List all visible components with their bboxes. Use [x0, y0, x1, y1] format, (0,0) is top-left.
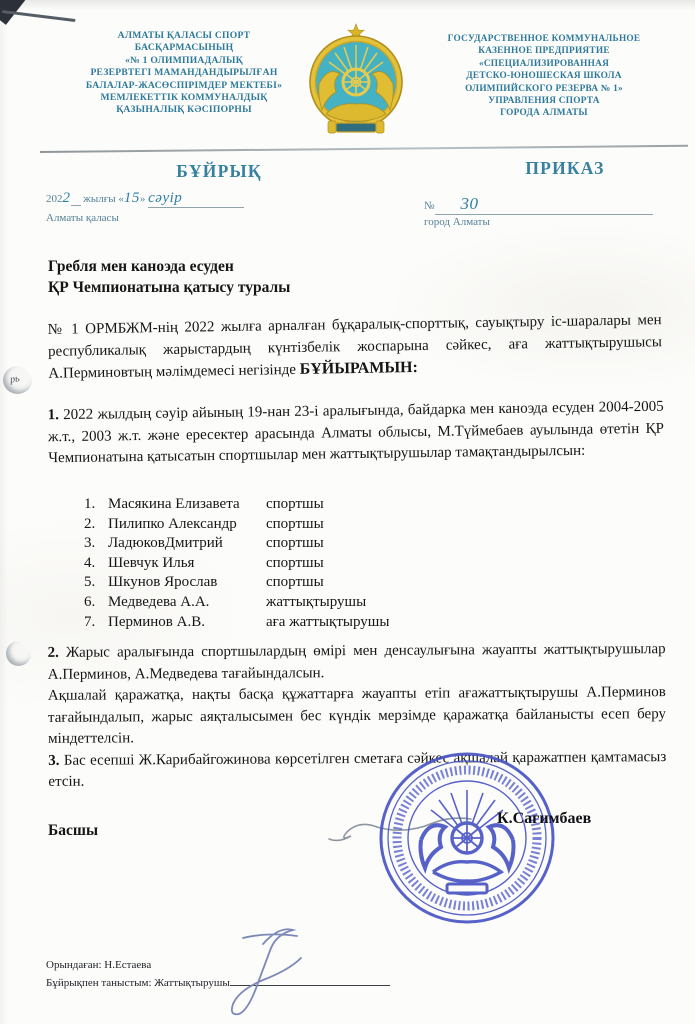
- roster-row: 2.Пилипко Александрспортшы: [84, 516, 389, 536]
- hole-punch-artifact: рь: [3, 366, 32, 394]
- roster-role: жаттықтырушы: [266, 594, 366, 611]
- roster-num: 4.: [84, 555, 108, 572]
- roster-role: спортшы: [266, 516, 324, 533]
- roster-num: 1.: [84, 496, 108, 513]
- date-month-handwritten: сәуір: [148, 190, 182, 206]
- item1-paragraph: 1. 2022 жылдың сәуір айының 19-нан 23-і …: [48, 397, 665, 470]
- hole-punch-artifact: [6, 641, 31, 666]
- scanned-order-document: АЛМАТЫ ҚАЛАСЫ СПОРТ БАСҚАРМАСЫНЫҢ «№ 1 О…: [0, 0, 695, 1024]
- number-sign: №: [424, 200, 435, 212]
- roster-name: Медведева А.А.: [108, 594, 266, 611]
- item2b-paragraph: Ақшалай қаражатқа, нақты басқа құжаттарғ…: [48, 682, 666, 750]
- roster-name: Шевчук Илья: [108, 555, 266, 572]
- number-handwritten: 30: [461, 194, 479, 213]
- subject-block: Гребля мен каноэда есуден ҚР Чемпионатын…: [48, 256, 290, 298]
- item2-number: 2.: [48, 645, 59, 661]
- roster-list: 1.Масякина Елизаветаспортшы 2.Пилипко Ал…: [84, 496, 389, 633]
- date-label: жылғы «: [83, 193, 124, 205]
- number-line: №30: [424, 194, 653, 215]
- org-name-russian: ГОСУДАРСТВЕННОЕ КОММУНАЛЬНОЕ КАЗЕННОЕ ПР…: [398, 33, 690, 120]
- position-label: Басшы: [48, 822, 98, 840]
- roster-role: спортшы: [266, 574, 324, 591]
- org-line: МЕМЛЕКЕТТІК КОММУНАЛДЫҚ: [38, 92, 330, 104]
- roster-row: 5.Шкунов Ярославспортшы: [84, 574, 389, 594]
- roster-name: Масякина Елизавета: [108, 496, 266, 513]
- scan-corner-line-artifact: [2, 10, 76, 22]
- intro-resolve-word: БҰЙЫРАМЫН:: [300, 359, 418, 378]
- date-day-handwritten: 15: [124, 190, 140, 206]
- official-round-stamp: [377, 752, 557, 928]
- show-through-text: рь: [9, 372, 32, 386]
- title-kazakh: БҰЙРЫҚ: [128, 161, 310, 182]
- org-name-kazakh: АЛМАТЫ ҚАЛАСЫ СПОРТ БАСҚАРМАСЫНЫҢ «№ 1 О…: [38, 30, 330, 117]
- org-line: АЛМАТЫ ҚАЛАСЫ СПОРТ: [38, 30, 330, 42]
- org-line: КАЗЕННОЕ ПРЕДПРИЯТИЕ: [398, 45, 690, 57]
- roster-num: 7.: [84, 614, 108, 631]
- roster-row: 7.Перминов А.В.аға жаттықтырушы: [84, 614, 389, 634]
- org-line: УПРАВЛЕНИЯ СПОРТА: [398, 95, 690, 107]
- org-line: ҚАЗЫНАЛЫҚ КӘСІПОРНЫ: [38, 104, 330, 116]
- kazakhstan-emblem-icon: [306, 22, 406, 144]
- place-kazakh: Алматы қаласы: [46, 212, 119, 224]
- roster-name: Пилипко Александр: [108, 516, 266, 533]
- roster-num: 6.: [84, 594, 108, 611]
- items-2-3-block: 2. Жарыс аралығында спортшылардың өмірі …: [48, 639, 667, 793]
- item3-number: 3.: [48, 752, 59, 768]
- date-close-quote: »: [140, 193, 146, 205]
- org-line: «№ 1 ОЛИМПИАДАЛЫҚ: [38, 55, 330, 67]
- roster-name: ЛадюковДмитрий: [108, 535, 266, 552]
- trainer-signature: [205, 918, 340, 1024]
- intro-paragraph: № 1 ОРМБЖМ-нің 2022 жылға арналған бұқар…: [48, 310, 663, 385]
- item2-paragraph: 2. Жарыс аралығында спортшылардың өмірі …: [48, 639, 666, 686]
- roster-num: 2.: [84, 516, 108, 533]
- org-line: ГОСУДАРСТВЕННОЕ КОММУНАЛЬНОЕ: [398, 33, 690, 45]
- roster-role: аға жаттықтырушы: [266, 614, 389, 631]
- title-russian: ПРИКАЗ: [470, 158, 660, 179]
- place-russian: город Алматы: [424, 216, 490, 228]
- roster-row: 1.Масякина Елизаветаспортшы: [84, 496, 389, 516]
- subject-line: ҚР Чемпионатына қатысу туралы: [48, 277, 290, 298]
- date-line: 2022 жылғы «15» сәуір: [46, 190, 346, 208]
- org-line: БАСҚАРМАСЫНЫҢ: [38, 42, 330, 54]
- org-line: РЕЗЕРВТЕГІ МАМАНДАНДЫРЫЛҒАН: [38, 67, 330, 79]
- roster-num: 3.: [84, 535, 108, 552]
- org-line: ОЛИМПИЙСКОГО РЕЗЕРВА № 1»: [398, 83, 690, 95]
- subject-line: Гребля мен каноэда есуден: [48, 256, 290, 277]
- item3-text: Бас есепші Ж.Карибайгожинова көрсетілген…: [48, 749, 666, 790]
- roster-role: спортшы: [266, 496, 324, 513]
- roster-row: 6.Медведева А.А.жаттықтырушы: [84, 594, 389, 614]
- org-line: «СПЕЦИАЛИЗИРОВАННАЯ: [398, 58, 690, 70]
- acquainted-label: Бұйрықпен таныстым: Жаттықтырушы: [46, 977, 230, 989]
- executor-line: Орындаған: Н.Естаева: [46, 958, 151, 973]
- roster-role: спортшы: [266, 555, 324, 572]
- item2-text: Жарыс аралығында спортшылардың өмірі мен…: [48, 641, 666, 682]
- roster-role: спортшы: [266, 535, 324, 552]
- org-line: ДЕТСКО-ЮНОШЕСКАЯ ШКОЛА: [398, 70, 690, 82]
- item3-paragraph: 3. Бас есепші Ж.Карибайгожинова көрсетіл…: [48, 747, 666, 794]
- org-line: БАЛАЛАР-ЖАСӨСПІРІМДЕР МЕКТЕБІ»: [38, 80, 330, 92]
- approver-name: К.Сагимбаев: [497, 810, 591, 828]
- date-prefix: 202: [46, 193, 63, 205]
- date-year-handwritten: 2: [63, 190, 71, 206]
- item2b-text: Ақшалай қаражатқа, нақты басқа құжаттарғ…: [48, 684, 666, 747]
- roster-row: 4.Шевчук Ильяспортшы: [84, 555, 389, 575]
- org-line: ГОРОДА АЛМАТЫ: [398, 107, 690, 119]
- header-divider: [40, 145, 688, 153]
- roster-num: 5.: [84, 574, 108, 591]
- roster-row: 3.ЛадюковДмитрийспортшы: [84, 535, 389, 555]
- item1-number: 1.: [48, 407, 59, 423]
- item1-text: 2022 жылдың сәуір айының 19-нан 23-і ара…: [48, 399, 664, 467]
- roster-name: Перминов А.В.: [108, 614, 266, 631]
- roster-name: Шкунов Ярослав: [108, 574, 266, 591]
